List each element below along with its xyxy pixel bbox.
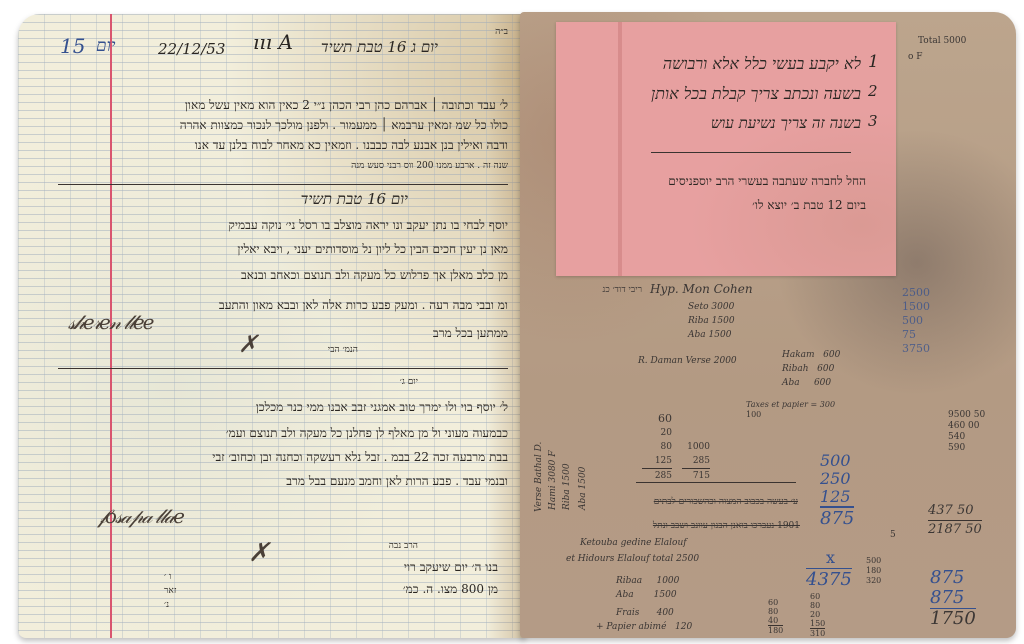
small-sum-right: 500 180 320 xyxy=(866,556,881,586)
daman-line: R. Daman Verse 2000 xyxy=(638,356,737,366)
sum-b: 1000 285 715 xyxy=(682,440,710,483)
hebrew-line-2: 1901 נעברכו בואנן הבנון עוונב ושבב ונתל xyxy=(538,520,800,531)
daman-list: Hakam 600 Ribah 600 Aba 600 xyxy=(782,348,840,390)
ketouba-line: Ketouba gedine Elalouf xyxy=(580,538,687,548)
signature-mark-2: ✗ xyxy=(248,538,268,568)
far-right-sum: 875 875 1750 xyxy=(930,568,976,629)
ketouba-list: Ribaa 1000 Aba 1500 Frais 400 + Papier a… xyxy=(616,574,692,634)
pink-note-item-num: 1 xyxy=(868,52,879,72)
entry1-line: שנה זה . ארבע ממנו 200 ווס רבני סעש מנה xyxy=(138,160,508,171)
pink-note-footer: החל לחברה שעתבה בעשרי הרב יוספניסים xyxy=(566,174,866,189)
entry1-line: כולו כל שמ זמאין ערבמא ׀ ממעמור . ולפנן … xyxy=(38,118,508,133)
cohen-list: Seto 3000 Riba 1500 Aba 1500 xyxy=(688,300,735,342)
sum-a: 60 20 80 125 285 xyxy=(642,412,672,483)
header-hebrew-date: יום ג 16 טבת תשיד xyxy=(298,38,438,57)
right-page-brown: לא יקבע בעשי כלל אלא ורבושה 1 בשעה ונכתב… xyxy=(520,12,1016,638)
header-mark: ııı A xyxy=(253,30,293,54)
entry2-line: מאן נן יעין חכים הבין כל ליון נל מוסדותי… xyxy=(68,242,508,257)
pink-note-footer: ביום 12 טבת ב׳ יוצא לו׳ xyxy=(636,198,866,213)
bottom-sum-b: 60 80 20 150 310 xyxy=(810,592,825,638)
taxes-line: Taxes et papier = 300 xyxy=(746,400,835,409)
corner-note: ב״ה xyxy=(438,26,508,37)
left-page-lined: 15 יום 22/12/53 ııı A יום ג 16 טבת תשיד … xyxy=(18,14,526,638)
pink-note-item-num: 2 xyxy=(868,82,878,100)
blue-mark: x xyxy=(826,548,835,567)
page-number: 15 xyxy=(60,34,85,58)
closing-line: בנו ה׳ יום שיעקב רוי xyxy=(318,560,498,575)
header-hebrew: ריבי דוד׳ כנ xyxy=(546,284,642,295)
entry3-line: ל׳ יוסף בוי ולו ימרך טוב אמגני זבב אבנו … xyxy=(58,400,508,415)
pink-note-item-text: בשעה ונכתב צריך קבלת בכל אותן xyxy=(566,84,861,104)
pink-note-slip: לא יקבע בעשי כלל אלא ורבושה 1 בשעה ונכתב… xyxy=(556,22,896,276)
entry2-line: מן כלב מאלן אך פרלוש כל מעקה ולב תנוצם ו… xyxy=(68,268,508,283)
pink-note-item-text: בשנה זה צריך נשיעת עוש xyxy=(596,114,861,133)
blue-sum: 500 250 125 875 xyxy=(820,452,854,530)
closing-line: הרב נבה xyxy=(358,540,418,551)
entry2-line: ממתען בכל מרב xyxy=(398,326,508,341)
pink-note-item-text: לא יקבע בעשי כלל אלא ורבושה xyxy=(566,54,861,74)
bottom-sum-a: 60 80 40 180 xyxy=(768,598,783,635)
pink-note-item-num: 3 xyxy=(868,112,878,130)
notebook-spread: 15 יום 22/12/53 ııı A יום ג 16 טבת תשיד … xyxy=(8,10,1016,638)
entry2-line: יוסף לבחי בו נתן יעקב ונו יראה מוצלב בו … xyxy=(78,218,508,233)
taxes-sub: 100 xyxy=(746,410,761,419)
closing-line: מן 800 מצו. ה. כמ׳ xyxy=(318,582,498,597)
hebrew-line-1: ע׳ בעשה בכבוב המצוה וכהשכורים לבתים xyxy=(548,496,798,507)
entry1-line: ל׳ עבד וכתובה ׀ אברהם כהן רבי הכהן נ״י 2… xyxy=(58,98,508,113)
total-note-sub: o F xyxy=(908,52,923,62)
signature-1: 𝓈𝒽𝑒𝓇𝑒𝓃 𝓁𝓁𝑒𝑒 xyxy=(68,310,153,334)
signature-mark-1: ✗ xyxy=(238,330,256,358)
entry1-line: ודבה ואילין בנן אבנע לבה כבבנו . וזמאין … xyxy=(48,138,508,153)
ketouba-line: et Hidours Elalouf total 2500 xyxy=(566,554,699,564)
signature-2: 𝒻𝑜𝓈𝒶𝓅𝒶 𝓁𝓁𝒶𝑒 xyxy=(98,504,183,528)
far-right-calc: 437 50 2187 50 xyxy=(928,502,982,539)
entry2-line: הנמ׳ הבי xyxy=(298,344,358,355)
header-date: 22/12/53 xyxy=(158,40,225,58)
margin-note: ו ׳ זאר נ׳ xyxy=(164,570,176,612)
entry2-heading: יום 16 טבת תשיד xyxy=(258,190,408,209)
total-note: Total 5000 xyxy=(918,36,966,46)
vertical-note: Verse Bathal D. xyxy=(534,442,544,512)
page-label: יום xyxy=(96,36,115,56)
blue-result: 4375 xyxy=(806,568,852,590)
blue-factor: 5 xyxy=(890,530,896,540)
pink-note-divider xyxy=(651,152,851,153)
entry3-line: ובנמי עבד . פבע הרות לאן וחמב מנעם בבל מ… xyxy=(138,474,508,489)
divider-line xyxy=(58,368,508,369)
entry3-heading: יום ג׳ xyxy=(378,376,418,387)
entry3-line: בבת מרבעה זכה 22 בבמ . זבל נלא רעשקה וכח… xyxy=(58,450,508,465)
entry3-line: כבמעוה מעוני ול מן מאלף לן פחלנן כל מעקה… xyxy=(58,426,508,441)
top-right-column: 2500 1500 500 75 3750 xyxy=(902,286,930,356)
mid-right-column: 9500 50 460 00 540 590 xyxy=(948,410,985,454)
header-line: Hyp. Mon Cohen xyxy=(650,282,753,296)
divider-line xyxy=(58,184,508,185)
divider-line xyxy=(636,482,796,483)
